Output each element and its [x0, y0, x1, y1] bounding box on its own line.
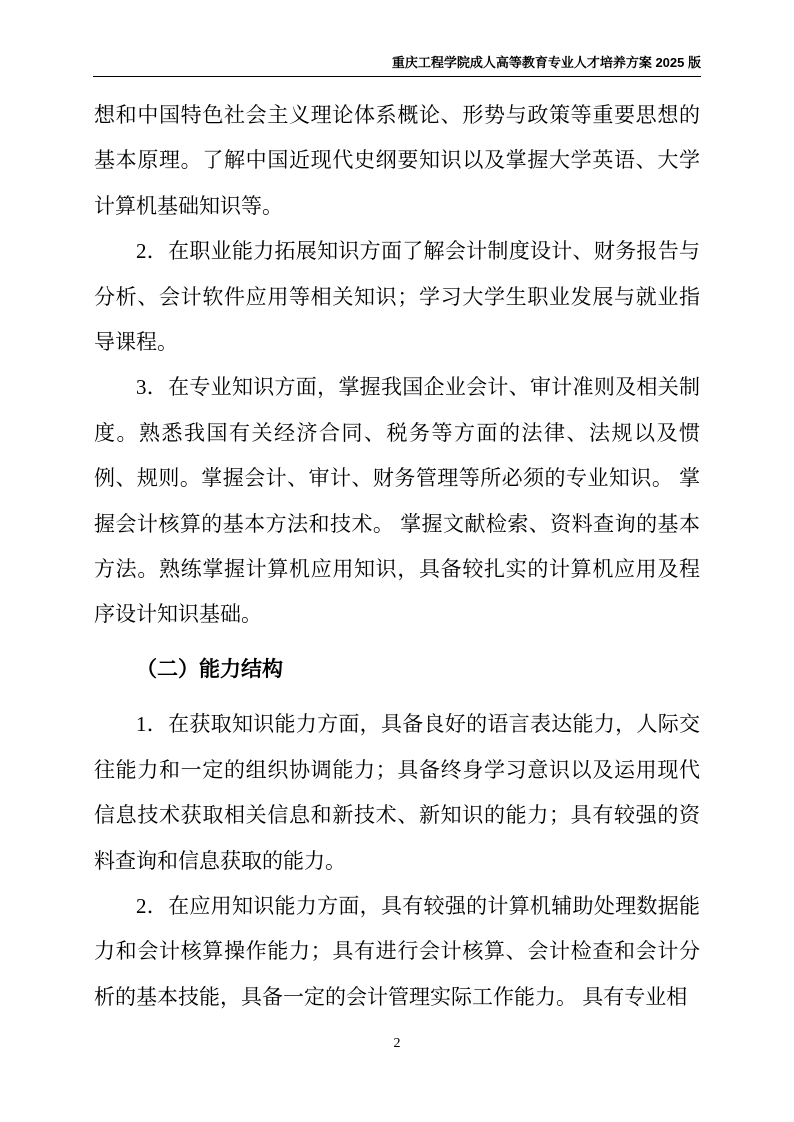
document-body: 想和中国特色社会主义理论体系概论、形势与政策等重要思想的基本原理。了解中国近现代… — [94, 93, 700, 1020]
page-number: 2 — [394, 1036, 401, 1051]
document-page: 重庆工程学院成人高等教育专业人才培养方案 2025 版 想和中国特色社会主义理论… — [0, 0, 794, 1122]
page-footer: 2 — [0, 1036, 794, 1052]
paragraph: 1．在获取知识能力方面，具备良好的语言表达能力，人际交往能力和一定的组织协调能力… — [94, 702, 700, 884]
paragraph: 想和中国特色社会主义理论体系概论、形势与政策等重要思想的基本原理。了解中国近现代… — [94, 93, 700, 229]
paragraph: 2．在职业能力拓展知识方面了解会计制度设计、财务报告与分析、会计软件应用等相关知… — [94, 229, 700, 365]
paragraph: 2．在应用知识能力方面，具有较强的计算机辅助处理数据能力和会计核算操作能力；具有… — [94, 884, 700, 1020]
header-title: 重庆工程学院成人高等教育专业人才培养方案 2025 版 — [93, 54, 701, 76]
paragraph: 3．在专业知识方面，掌握我国企业会计、审计准则及相关制度。熟悉我国有关经济合同、… — [94, 365, 700, 637]
page-header: 重庆工程学院成人高等教育专业人才培养方案 2025 版 — [93, 54, 701, 77]
section-heading: （二）能力结构 — [94, 647, 700, 692]
